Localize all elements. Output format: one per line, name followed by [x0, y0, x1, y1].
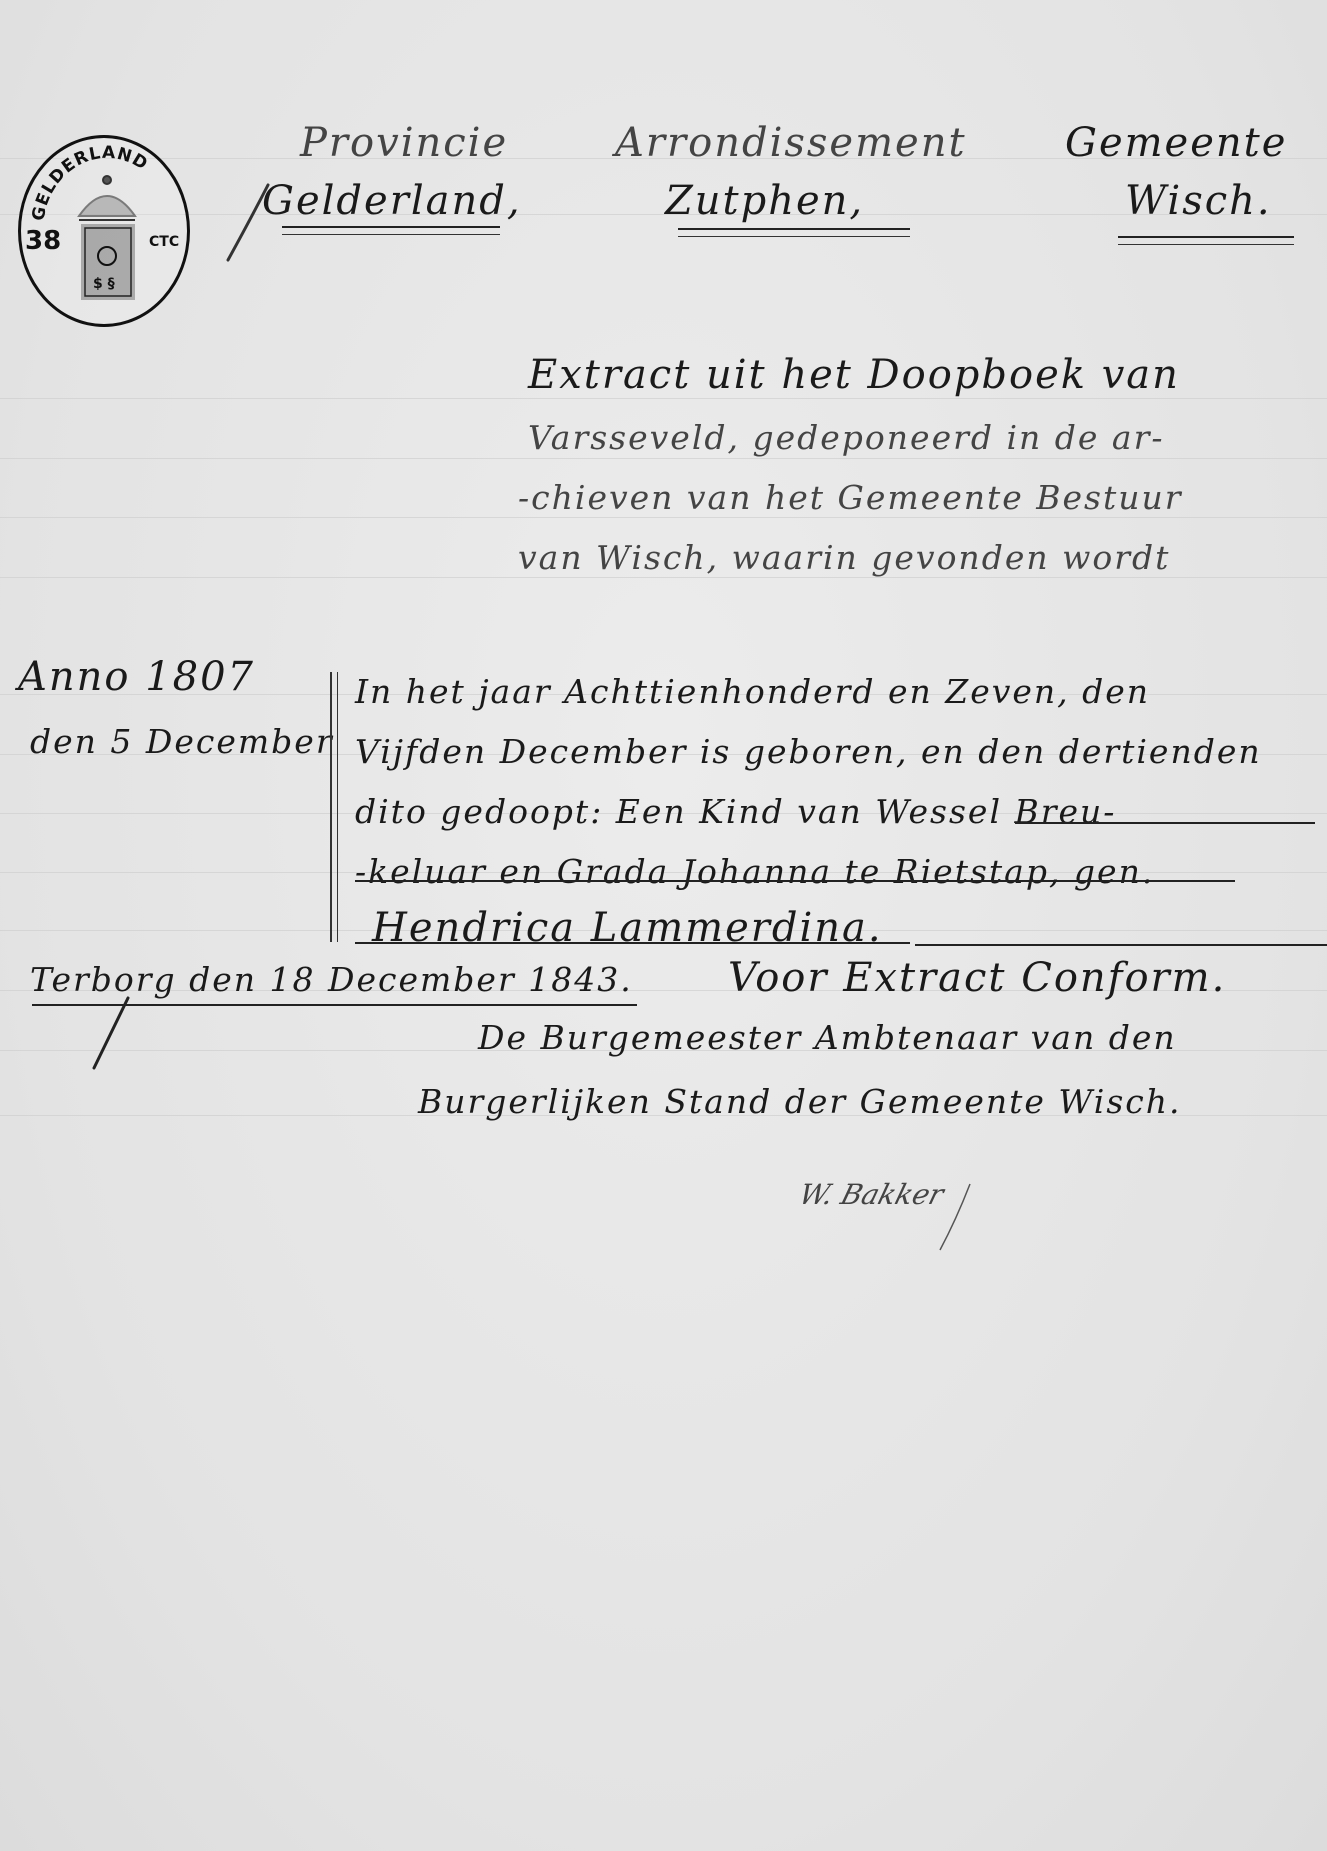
extract-line-3: -chieven van het Gemeente Bestuur [518, 478, 1183, 517]
official-line-1: De Burgemeester Ambtenaar van den [478, 1018, 1177, 1057]
ruling-line [0, 398, 1327, 399]
stamp-value-right: CTC [149, 234, 179, 250]
entry-year: Anno 1807 [18, 654, 255, 700]
value-arrondissement: Zutphen, [665, 178, 864, 224]
underline-father [1015, 822, 1315, 824]
underline-municipality [1118, 236, 1294, 245]
underline-mother [355, 880, 1235, 882]
closing-rule [915, 944, 1327, 946]
official-line-2: Burgerlijken Stand der Gemeente Wisch. [418, 1082, 1181, 1121]
margin-divider [330, 672, 338, 942]
value-province: Gelderland, [262, 178, 522, 224]
underline-arrondissement [678, 228, 910, 237]
entry-line-3: dito gedoopt: Een Kind van Wessel Breu- [355, 792, 1116, 831]
signature: W. Bakker [796, 1178, 948, 1211]
ruling-line [0, 517, 1327, 518]
extract-line-1: Extract uit het Doopboek van [528, 352, 1180, 398]
label-province: Provincie [300, 120, 508, 166]
entry-line-1: In het jaar Achttienhonderd en Zeven, de… [355, 672, 1150, 711]
underline-province [282, 226, 500, 235]
value-municipality: Wisch. [1125, 178, 1272, 224]
tax-stamp: GELDERLAND $ § 38 CTC [18, 135, 190, 327]
extract-line-4: van Wisch, waarin gevonden wordt [518, 538, 1170, 577]
entry-date: den 5 December [30, 722, 334, 761]
conformity-statement: Voor Extract Conform. [728, 955, 1226, 1001]
extract-line-2: Varsseveld, gedeponeerd in de ar- [528, 418, 1165, 457]
label-arrondissement: Arrondissement [615, 120, 967, 166]
flourish-stroke [80, 990, 140, 1080]
stamp-value-left: 38 [25, 226, 61, 256]
svg-text:$ §: $ § [93, 276, 115, 292]
underline-child [355, 942, 910, 944]
ruling-line [0, 577, 1327, 578]
signature-stroke [930, 1180, 990, 1260]
entry-line-4: -keluar en Grada Johanna te Rietstap, ge… [355, 852, 1154, 891]
label-municipality: Gemeente [1065, 120, 1287, 166]
entry-line-2: Vijfden December is geboren, en den dert… [355, 732, 1262, 771]
flourish-stroke [220, 180, 280, 270]
ruling-line [0, 458, 1327, 459]
entry-line-5: Hendrica Lammerdina. [372, 905, 883, 951]
